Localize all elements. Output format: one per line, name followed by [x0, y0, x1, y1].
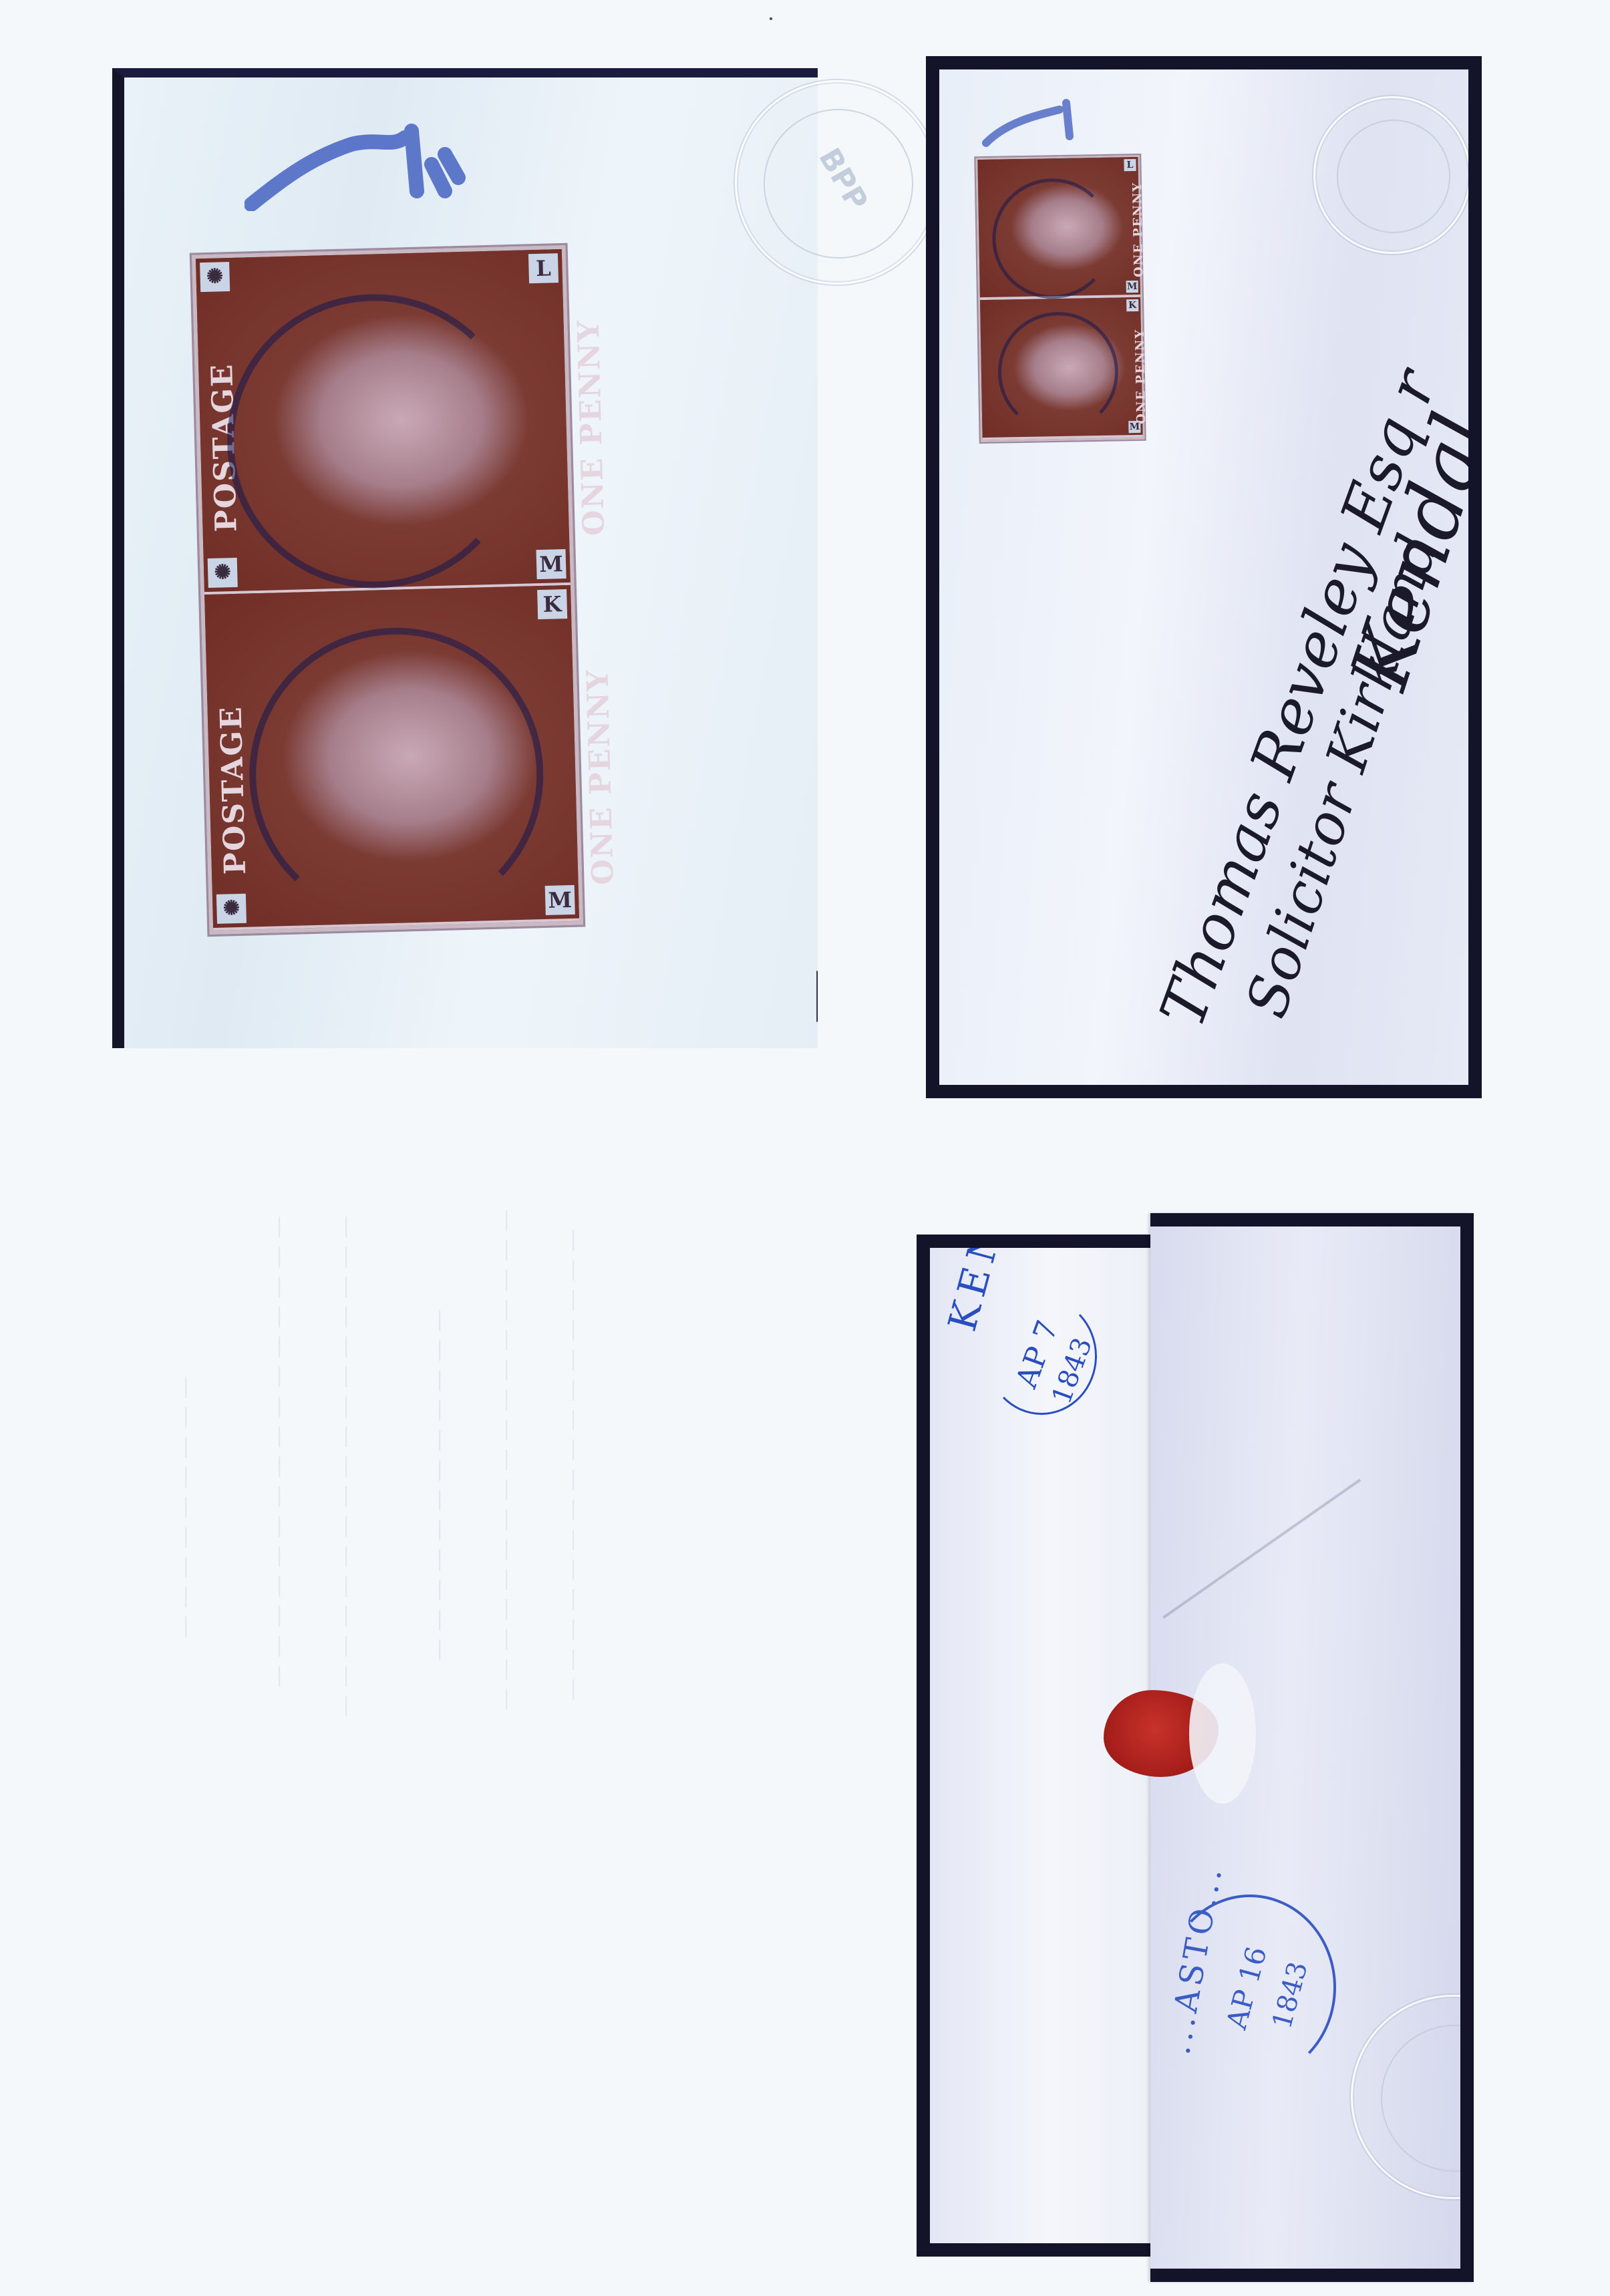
corner-letter: M — [536, 549, 567, 579]
show-through-area: — — — — — — — — — — — — — — — — — — — — … — [0, 1109, 882, 2285]
expert-seal-envelope — [1313, 96, 1471, 254]
corner-letter: L — [528, 253, 558, 283]
stamp-closeup-photo: POSTAGE ONE PENNY L M ✺ ✺ POSTAGE ONE PE… — [112, 68, 818, 1048]
postmark-arrival: ...ASTO... AP 16 1843 — [1164, 1895, 1336, 2080]
corner-letter: M — [545, 885, 575, 915]
star-corner: ✺ — [216, 894, 247, 924]
blue-ink-mark — [245, 118, 485, 211]
scan-dot — [770, 17, 772, 20]
expert-seal-bottom — [1351, 1995, 1474, 2199]
torn-paper — [1189, 1663, 1256, 1804]
corner-letter: K — [537, 589, 567, 619]
blue-ink-mark — [979, 96, 1086, 150]
postmark-kendal: KENDAL AP 7 1843 — [943, 1261, 1122, 1440]
stamp-pair-closeup: POSTAGE ONE PENNY L M ✺ ✺ POSTAGE ONE PE… — [192, 245, 583, 935]
expert-seal-top-left: BPP — [735, 80, 939, 285]
envelope-front-photo: ONE PENNY L M ONE PENNY K M Thomas Revel… — [926, 56, 1482, 1098]
star-corner: ✺ — [208, 558, 238, 588]
stamp-pair-envelope: ONE PENNY L M ONE PENNY K M — [975, 155, 1144, 442]
handwriting-fragment: Esq r — [799, 800, 818, 1033]
star-corner: ✺ — [200, 262, 230, 292]
